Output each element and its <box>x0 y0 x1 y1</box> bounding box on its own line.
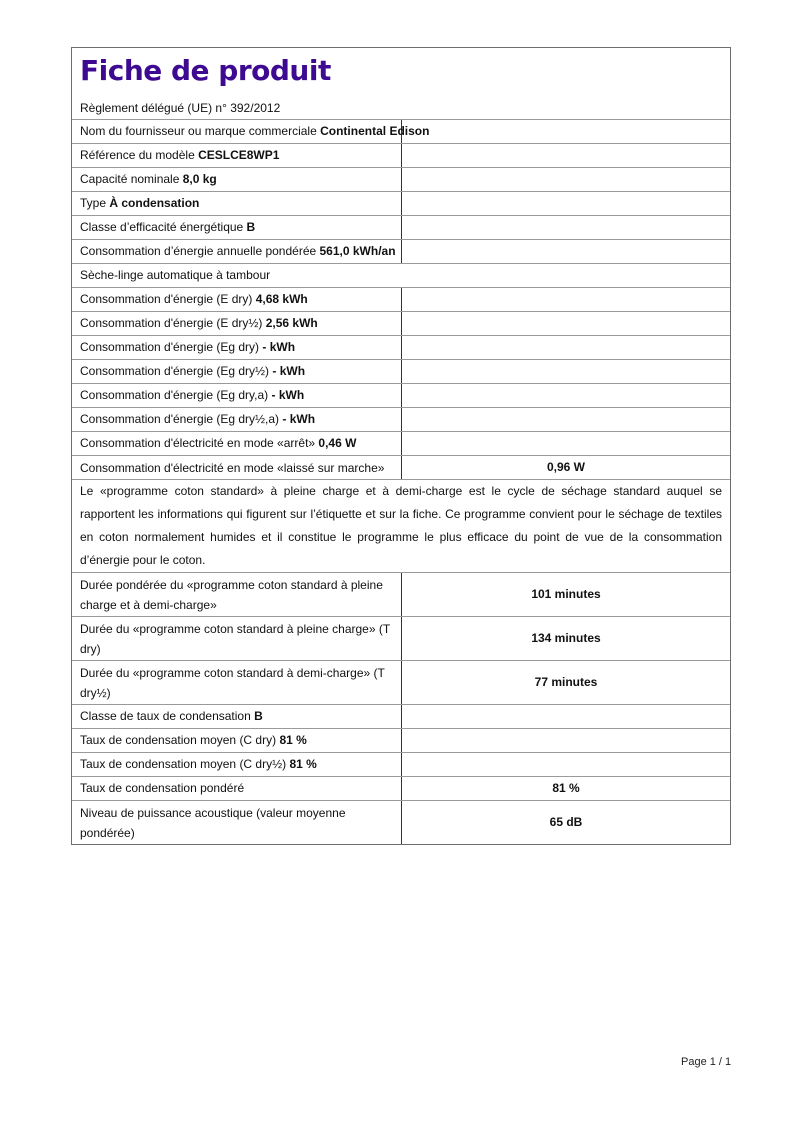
row-label: Consommation d'électricité en mode «lais… <box>80 461 384 475</box>
row-value-cell <box>402 408 730 431</box>
page-number: Page 1 / 1 <box>681 1056 731 1068</box>
row-label-cell: Classe de taux de condensation B <box>72 705 402 728</box>
row-label: Classe de taux de condensation <box>80 709 254 723</box>
row-value-cell <box>402 729 730 752</box>
row-label-cell: Capacité nominale 8,0 kg <box>72 168 402 191</box>
row-inline-value: - kWh <box>272 364 305 378</box>
row-inline-value: Continental Edison <box>320 124 429 138</box>
row-inline-value: 4,68 kWh <box>256 292 308 306</box>
table-row: Consommation d'énergie (Eg dry) - kWh <box>72 336 730 360</box>
row-label-cell: Consommation d’énergie annuelle pondérée… <box>72 240 402 263</box>
row-inline-value: À condensation <box>109 196 199 210</box>
row-label-cell: Type À condensation <box>72 192 402 215</box>
row-label: Consommation d'énergie (E dry) <box>80 292 256 306</box>
table-row-full: Sèche-linge automatique à tambour <box>72 264 730 288</box>
row-label: Consommation d'énergie (Eg dry½) <box>80 364 272 378</box>
row-value-cell <box>402 288 730 311</box>
row-value-cell: 101 minutes <box>402 573 730 616</box>
row-value-cell: 65 dB <box>402 801 730 844</box>
table-row: Référence du modèle CESLCE8WP1 <box>72 144 730 168</box>
row-value-cell <box>402 312 730 335</box>
header-block: Fiche de produit Règlement délégué (UE) … <box>72 48 730 120</box>
row-label: Classe d’efficacité énergétique <box>80 220 247 234</box>
row-label-cell: Consommation d'énergie (Eg dry½,a) - kWh <box>72 408 402 431</box>
row-value-cell <box>402 216 730 239</box>
row-label: Consommation d'électricité en mode «arrê… <box>80 436 318 450</box>
row-value-cell: 134 minutes <box>402 617 730 660</box>
row-value-cell <box>402 144 730 167</box>
row-label-cell: Consommation d'énergie (Eg dry,a) - kWh <box>72 384 402 407</box>
row-value-cell: 0,96 W <box>402 456 730 479</box>
table-row: Classe de taux de condensation B <box>72 705 730 729</box>
row-label-cell: Niveau de puissance acoustique (valeur m… <box>72 801 402 844</box>
table-row: Consommation d'énergie (E dry½) 2,56 kWh <box>72 312 730 336</box>
row-label-cell: Durée du «programme coton standard à ple… <box>72 617 402 660</box>
row-label-cell: Consommation d'électricité en mode «arrê… <box>72 432 402 455</box>
row-label: Taux de condensation pondéré <box>80 781 244 795</box>
table-row: Durée du «programme coton standard à ple… <box>72 617 730 661</box>
row-label-cell: Taux de condensation pondéré <box>72 777 402 800</box>
row-label-cell: Sèche-linge automatique à tambour <box>72 264 730 287</box>
row-label-cell: Durée du «programme coton standard à dem… <box>72 661 402 704</box>
row-label: Type <box>80 196 109 210</box>
row-label-cell: Référence du modèle CESLCE8WP1 <box>72 144 402 167</box>
row-inline-value: 8,0 kg <box>183 172 217 186</box>
row-value-cell <box>402 432 730 455</box>
row-label: Taux de condensation moyen (C dry) <box>80 733 279 747</box>
table-row: Taux de condensation pondéré81 % <box>72 777 730 801</box>
row-value-cell <box>402 336 730 359</box>
row-value-cell: 77 minutes <box>402 661 730 704</box>
row-inline-value: 81 % <box>289 757 316 771</box>
row-label: Sèche-linge automatique à tambour <box>80 268 270 282</box>
row-label: Consommation d'énergie (E dry½) <box>80 316 266 330</box>
table-row: Taux de condensation moyen (C dry½) 81 % <box>72 753 730 777</box>
row-label-cell: Le «programme coton standard» à pleine c… <box>72 480 730 572</box>
row-label-cell: Taux de condensation moyen (C dry) 81 % <box>72 729 402 752</box>
row-label-cell: Durée pondérée du «programme coton stand… <box>72 573 402 616</box>
row-label: Référence du modèle <box>80 148 198 162</box>
row-label: Le «programme coton standard» à pleine c… <box>80 484 722 567</box>
table-row: Consommation d'énergie (Eg dry½) - kWh <box>72 360 730 384</box>
row-inline-value: 81 % <box>279 733 306 747</box>
product-sheet: Fiche de produit Règlement délégué (UE) … <box>71 47 731 845</box>
row-value-cell <box>402 120 730 143</box>
row-inline-value: CESLCE8WP1 <box>198 148 279 162</box>
table-row: Consommation d'énergie (Eg dry½,a) - kWh <box>72 408 730 432</box>
row-inline-value: - kWh <box>282 412 315 426</box>
table-row: Durée du «programme coton standard à dem… <box>72 661 730 705</box>
row-inline-value: B <box>254 709 263 723</box>
row-inline-value: 561,0 kWh/an <box>320 244 396 258</box>
row-inline-value: - kWh <box>262 340 295 354</box>
table-row: Consommation d'électricité en mode «lais… <box>72 456 730 480</box>
table-row: Consommation d’énergie annuelle pondérée… <box>72 240 730 264</box>
table-row: Niveau de puissance acoustique (valeur m… <box>72 801 730 844</box>
row-label-cell: Classe d’efficacité énergétique B <box>72 216 402 239</box>
regulation-reference: Règlement délégué (UE) n° 392/2012 <box>80 101 722 115</box>
table-row-full: Le «programme coton standard» à pleine c… <box>72 480 730 573</box>
row-value-cell <box>402 192 730 215</box>
row-value-cell <box>402 753 730 776</box>
row-label-cell: Taux de condensation moyen (C dry½) 81 % <box>72 753 402 776</box>
row-inline-value: 0,46 W <box>318 436 356 450</box>
row-label: Taux de condensation moyen (C dry½) <box>80 757 289 771</box>
row-label-cell: Nom du fournisseur ou marque commerciale… <box>72 120 402 143</box>
table-row: Nom du fournisseur ou marque commerciale… <box>72 120 730 144</box>
row-inline-value: 2,56 kWh <box>266 316 318 330</box>
row-label: Consommation d'énergie (Eg dry½,a) <box>80 412 282 426</box>
row-label: Consommation d’énergie annuelle pondérée <box>80 244 320 258</box>
row-label-cell: Consommation d'électricité en mode «lais… <box>72 456 402 479</box>
table-row: Consommation d'énergie (E dry) 4,68 kWh <box>72 288 730 312</box>
row-label: Durée pondérée du «programme coton stand… <box>80 578 383 612</box>
row-value-cell <box>402 705 730 728</box>
table-row: Consommation d'énergie (Eg dry,a) - kWh <box>72 384 730 408</box>
spec-table: Nom du fournisseur ou marque commerciale… <box>72 120 730 844</box>
row-label-cell: Consommation d'énergie (Eg dry) - kWh <box>72 336 402 359</box>
row-label: Durée du «programme coton standard à dem… <box>80 666 385 700</box>
row-inline-value: B <box>247 220 256 234</box>
row-label: Consommation d'énergie (Eg dry) <box>80 340 262 354</box>
row-label-cell: Consommation d'énergie (Eg dry½) - kWh <box>72 360 402 383</box>
row-label: Capacité nominale <box>80 172 183 186</box>
row-label-cell: Consommation d'énergie (E dry½) 2,56 kWh <box>72 312 402 335</box>
table-row: Capacité nominale 8,0 kg <box>72 168 730 192</box>
table-row: Durée pondérée du «programme coton stand… <box>72 573 730 617</box>
row-inline-value: - kWh <box>272 388 305 402</box>
row-label: Consommation d'énergie (Eg dry,a) <box>80 388 272 402</box>
page-title: Fiche de produit <box>80 53 722 89</box>
table-row: Classe d’efficacité énergétique B <box>72 216 730 240</box>
row-value-cell <box>402 384 730 407</box>
row-label: Nom du fournisseur ou marque commerciale <box>80 124 320 138</box>
row-value-cell: 81 % <box>402 777 730 800</box>
row-label: Niveau de puissance acoustique (valeur m… <box>80 806 346 840</box>
row-label: Durée du «programme coton standard à ple… <box>80 622 390 656</box>
row-value-cell <box>402 168 730 191</box>
table-row: Type À condensation <box>72 192 730 216</box>
table-row: Consommation d'électricité en mode «arrê… <box>72 432 730 456</box>
row-value-cell <box>402 240 730 263</box>
table-row: Taux de condensation moyen (C dry) 81 % <box>72 729 730 753</box>
row-value-cell <box>402 360 730 383</box>
row-label-cell: Consommation d'énergie (E dry) 4,68 kWh <box>72 288 402 311</box>
